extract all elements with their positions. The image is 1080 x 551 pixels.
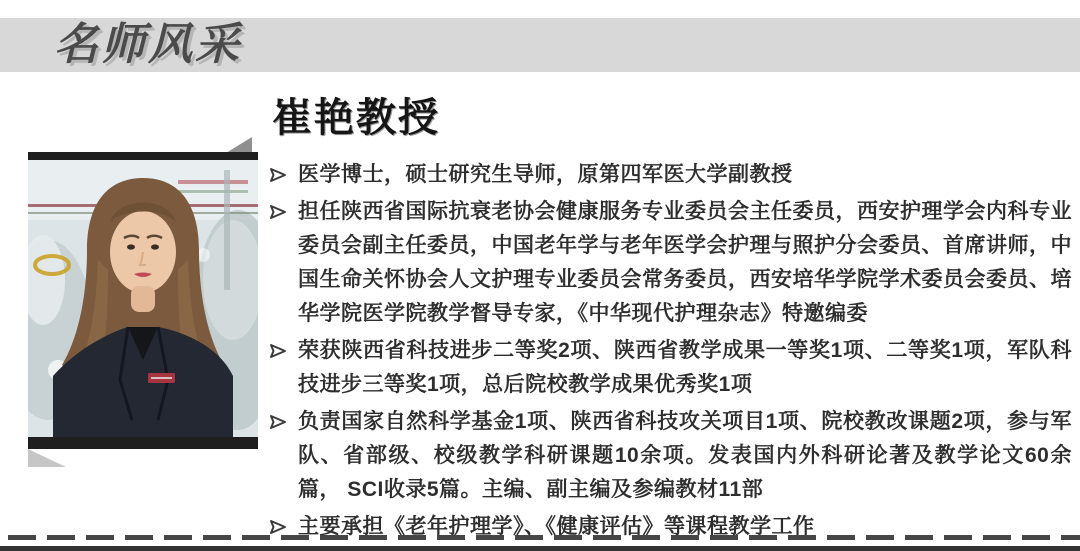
list-item: 荣获陕西省科技进步二等奖2项、陕西省教学成果一等奖1项、二等奖1项，军队科技进步… (268, 334, 1072, 402)
bullet-arrow-icon (268, 341, 288, 361)
professor-photo (28, 160, 258, 437)
list-item: 负责国家自然科学基金1项、陕西省科技攻关项目1项、院校教改课题2项，参与军队、省… (268, 405, 1072, 507)
title-banner: 名师风采 (0, 18, 1080, 72)
list-item-text: 担任陕西省国际抗衰老协会健康服务专业委员会主任委员，西安护理学会内科专业委员会副… (298, 200, 1072, 325)
list-item-text: 负责国家自然科学基金1项、陕西省科技攻关项目1项、院校教改课题2项，参与军队、省… (298, 410, 1072, 501)
list-item-text: 荣获陕西省科技进步二等奖2项、陕西省教学成果一等奖1项、二等奖1项，军队科技进步… (298, 339, 1072, 396)
dashed-divider (8, 535, 1080, 540)
bullet-arrow-icon (268, 412, 288, 432)
bullet-arrow-icon (268, 202, 288, 222)
corner-accent-bottom-left (28, 449, 66, 467)
page-title: 崔艳教授 (272, 86, 440, 143)
presentation-slide: 名师风采 崔艳教授 (0, 0, 1080, 551)
portrait-illustration (28, 160, 258, 437)
list-item: 医学博士，硕士研究生导师，原第四军医大学副教授 (268, 158, 1072, 192)
bullet-arrow-icon (268, 165, 288, 185)
corner-accent-top-right (226, 137, 252, 153)
list-item-text: 医学博士，硕士研究生导师，原第四军医大学副教授 (298, 163, 793, 186)
banner-title: 名师风采 (54, 20, 242, 70)
photo-frame-bottom-bar (28, 437, 258, 449)
list-item: 担任陕西省国际抗衰老协会健康服务专业委员会主任委员，西安护理学会内科专业委员会副… (268, 195, 1072, 331)
credentials-list: 医学博士，硕士研究生导师，原第四军医大学副教授 担任陕西省国际抗衰老协会健康服务… (268, 158, 1072, 547)
photo-block (28, 137, 258, 467)
photo-frame-top-bar (28, 152, 258, 160)
bullet-arrow-icon (268, 517, 288, 537)
bottom-solid-bar (0, 546, 1080, 551)
